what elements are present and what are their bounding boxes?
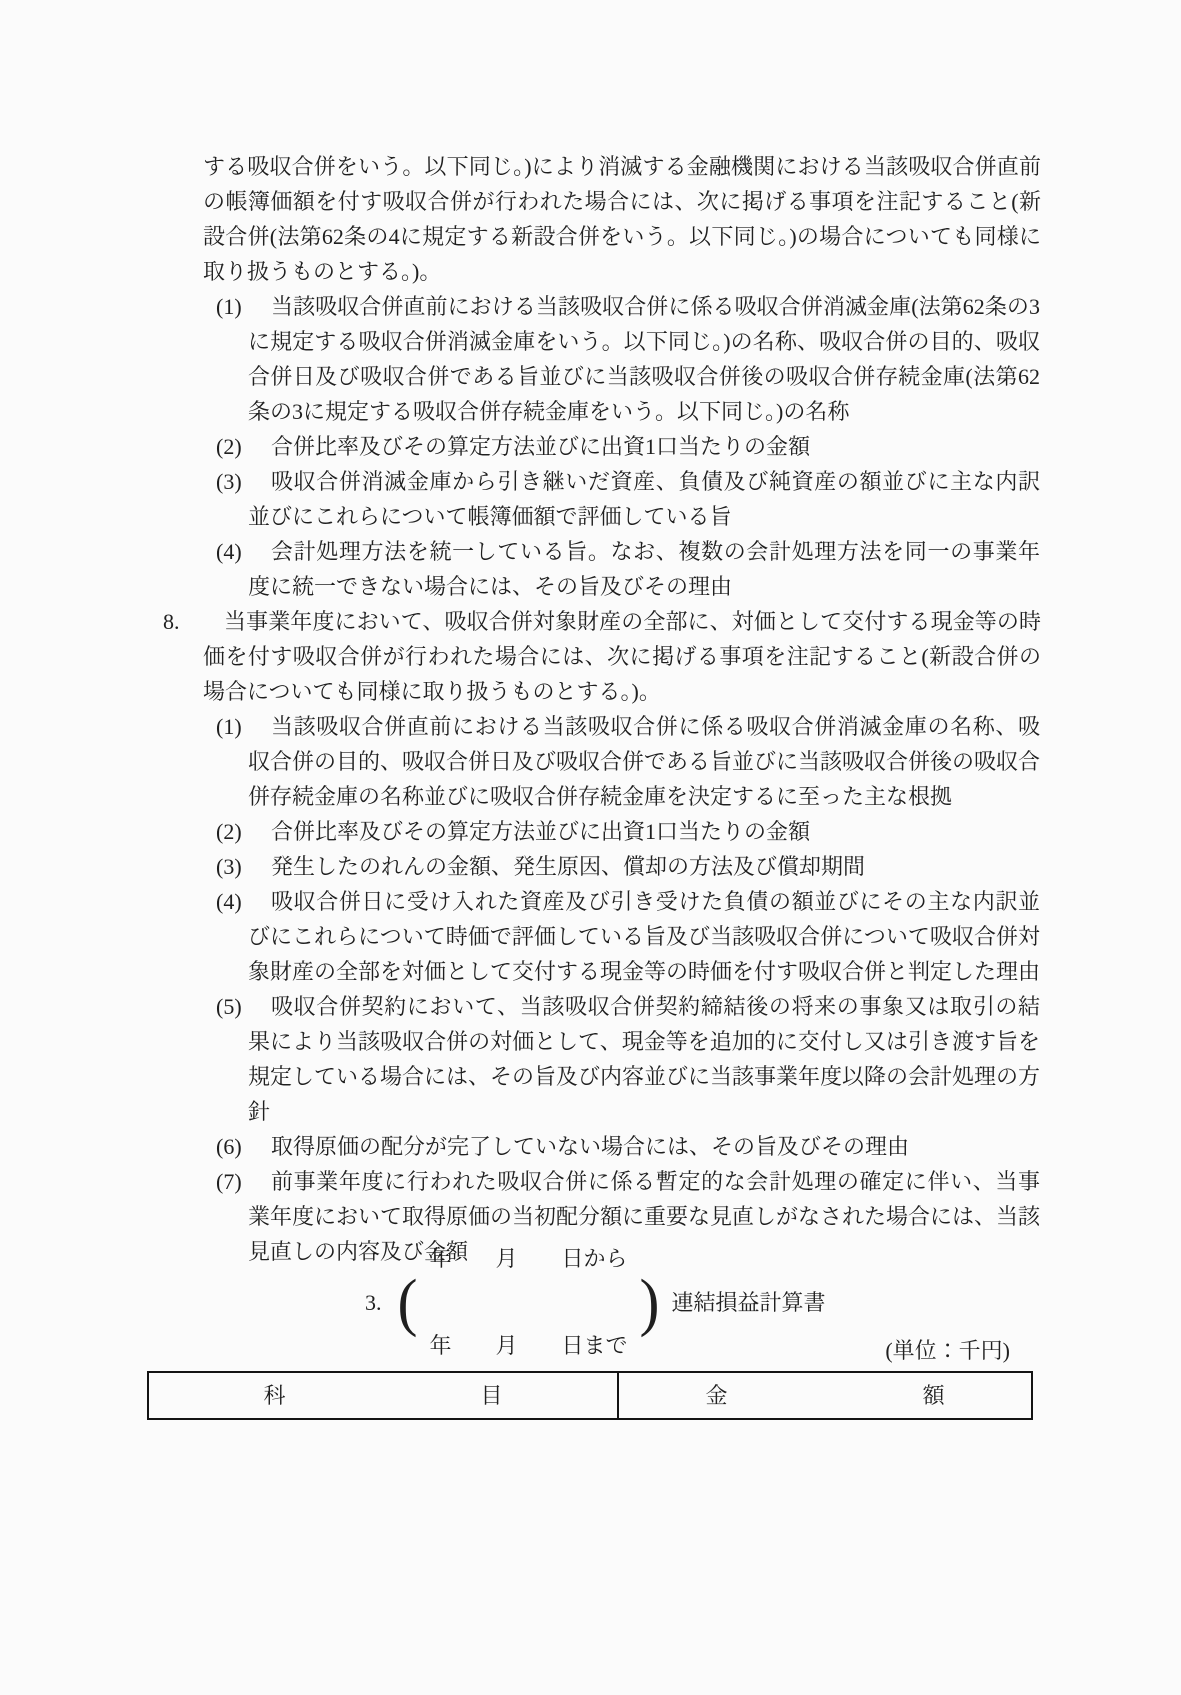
bracket-close-glyph: ) xyxy=(640,1271,660,1334)
subject-header-char-2: 目 xyxy=(481,1385,503,1407)
item-text: 合併比率及びその算定方法並びに出資1口当たりの金額 xyxy=(271,819,810,844)
subject-header-cell: 科 目 xyxy=(149,1373,619,1418)
item-marker: (2) xyxy=(216,814,242,849)
section8-item-2: (2)合併比率及びその算定方法並びに出資1口当たりの金額 xyxy=(248,814,1040,849)
amount-header-char-1: 金 xyxy=(705,1385,727,1407)
section8-item-7: (7)前事業年度に行われた吸収合併に係る暫定的な会計処理の確定に伴い、当事業年度… xyxy=(248,1164,1040,1269)
item-text: 当該吸収合併直前における当該吸収合併に係る吸収合併消滅金庫の名称、吸収合併の目的… xyxy=(248,714,1040,809)
item-text: 取得原価の配分が完了していない場合には、その旨及びその理由 xyxy=(271,1134,909,1159)
item-marker: (3) xyxy=(216,849,242,884)
body-text: する吸収合併をいう。以下同じ。)により消滅する金融機関における当該吸収合併直前の… xyxy=(0,149,1181,1420)
item-text: 吸収合併消滅金庫から引き継いだ資産、負債及び純資産の額並びに主な内訳並びにこれら… xyxy=(248,469,1040,529)
section8-paragraph: 8.当事業年度において、吸収合併対象財産の全部に、対価として交付する現金等の時価… xyxy=(203,604,1041,709)
item-text: 発生したのれんの金額、発生原因、償却の方法及び償却期間 xyxy=(271,854,865,879)
item-text: 会計処理方法を統一している旨。なお、複数の会計処理方法を同一の事業年度に統一でき… xyxy=(248,539,1040,599)
item-text: 合併比率及びその算定方法並びに出資1口当たりの金額 xyxy=(271,434,810,459)
item-marker: (3) xyxy=(216,464,242,499)
item-text: 吸収合併日に受け入れた資産及び引き受けた負債の額並びにその主な内訳並びにこれらに… xyxy=(248,889,1040,984)
item-marker: (4) xyxy=(216,534,242,569)
item-marker: (1) xyxy=(216,289,242,324)
section8-item-3: (3)発生したのれんの金額、発生原因、償却の方法及び償却期間 xyxy=(248,849,1040,884)
section8-item-6: (6)取得原価の配分が完了していない場合には、その旨及びその理由 xyxy=(248,1129,1040,1164)
item-marker: (2) xyxy=(216,429,242,464)
item-marker: (4) xyxy=(216,884,242,919)
statement-number: 3. xyxy=(365,1285,382,1320)
item-marker: (5) xyxy=(216,989,242,1024)
account-table: 科 目 金 額 xyxy=(147,1371,1033,1420)
statement-title: 連結損益計算書 xyxy=(671,1285,825,1320)
section7-item-2: (2)合併比率及びその算定方法並びに出資1口当たりの金額 xyxy=(248,429,1040,464)
statement-heading: 3. ( 年 月 日から 年 月 日まで ) 連結損益計算書 xyxy=(365,1271,1181,1333)
section7-item-3: (3)吸収合併消滅金庫から引き継いだ資産、負債及び純資産の額並びに主な内訳並びに… xyxy=(248,464,1040,534)
subject-header-char-1: 科 xyxy=(263,1385,285,1407)
item-marker: (6) xyxy=(216,1129,242,1164)
section8-number: 8. xyxy=(163,604,180,639)
item-text: 前事業年度に行われた吸収合併に係る暫定的な会計処理の確定に伴い、当事業年度におい… xyxy=(248,1169,1040,1264)
amount-header-cell: 金 額 xyxy=(619,1373,1031,1418)
amount-header-char-2: 額 xyxy=(923,1385,945,1407)
section7-item-4: (4)会計処理方法を統一している旨。なお、複数の会計処理方法を同一の事業年度に統… xyxy=(248,534,1040,604)
section8-item-1: (1)当該吸収合併直前における当該吸収合併に係る吸収合併消滅金庫の名称、吸収合併… xyxy=(248,709,1040,814)
section7-item-1: (1)当該吸収合併直前における当該吸収合併に係る吸収合併消滅金庫(法第62条の3… xyxy=(248,289,1040,429)
section8-intro-text: 当事業年度において、吸収合併対象財産の全部に、対価として交付する現金等の時価を付… xyxy=(203,609,1041,704)
item-text: 吸収合併契約において、当該吸収合併契約締結後の将来の事象又は取引の結果により当該… xyxy=(248,994,1040,1124)
section8-item-5: (5)吸収合併契約において、当該吸収合併契約締結後の将来の事象又は取引の結果によ… xyxy=(248,989,1040,1129)
document-page: する吸収合併をいう。以下同じ。)により消滅する金融機関における当該吸収合併直前の… xyxy=(0,0,1181,1695)
item-marker: (1) xyxy=(216,709,242,744)
date-range-to: 年 月 日まで xyxy=(429,1331,627,1360)
bracket-open-glyph: ( xyxy=(398,1271,418,1334)
item-text: 当該吸収合併直前における当該吸収合併に係る吸収合併消滅金庫(法第62条の3に規定… xyxy=(248,294,1040,424)
section8-item-4: (4)吸収合併日に受け入れた資産及び引き受けた負債の額並びにその主な内訳並びにこ… xyxy=(248,884,1040,989)
item-marker: (7) xyxy=(216,1164,242,1199)
section7-continuation-paragraph: する吸収合併をいう。以下同じ。)により消滅する金融機関における当該吸収合併直前の… xyxy=(203,149,1041,289)
